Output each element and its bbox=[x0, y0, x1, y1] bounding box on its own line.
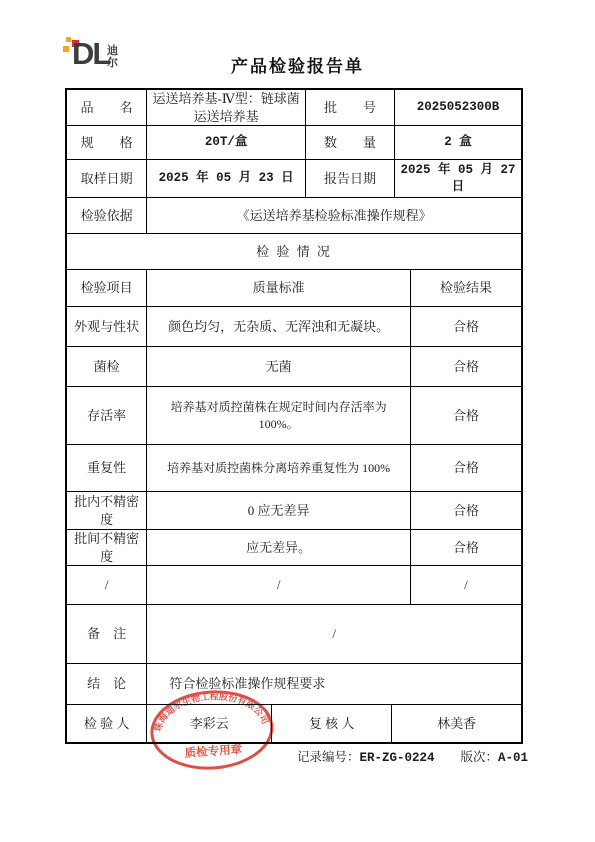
table-row-section-title: 检 验 情 况 bbox=[67, 234, 521, 270]
page-title: 产品检验报告单 bbox=[0, 52, 595, 77]
batch-no-value: 2025052300B bbox=[395, 90, 521, 125]
table-row-item-intra-batch: 批内不精密度 0 应无差异 合格 bbox=[67, 492, 521, 530]
item-result: 合格 bbox=[411, 307, 521, 346]
item-name: 菌检 bbox=[67, 347, 147, 386]
item-result: / bbox=[411, 566, 521, 604]
sampling-date-value: 2025 年 05 月 23 日 bbox=[147, 160, 306, 197]
conclusion-label: 结 论 bbox=[67, 664, 147, 704]
table-row-item-inter-batch: 批间不精密度 应无差异。 合格 bbox=[67, 530, 521, 566]
logo-yellow-square-icon bbox=[66, 37, 71, 42]
reviewer-name: 林美香 bbox=[392, 705, 521, 742]
report-date-label: 报告日期 bbox=[306, 160, 395, 197]
remark-value: / bbox=[147, 605, 521, 663]
col-standard-header: 质量标准 bbox=[147, 270, 411, 306]
item-standard: 应无差异。 bbox=[147, 530, 411, 565]
seal-caption-text: 质检专用章 bbox=[184, 742, 243, 760]
item-result: 合格 bbox=[411, 347, 521, 386]
table-row-item-blank: / / / bbox=[67, 566, 521, 605]
item-name: / bbox=[67, 566, 147, 604]
col-result-header: 检验结果 bbox=[411, 270, 521, 306]
quantity-value: 2 盒 bbox=[395, 126, 521, 159]
inspector-name: 李彩云 bbox=[147, 705, 272, 742]
item-name: 批间不精密度 bbox=[67, 530, 147, 565]
item-standard: 颜色均匀，无杂质、无浑浊和无凝块。 bbox=[147, 307, 411, 346]
report-date-value: 2025 年 05 月 27 日 bbox=[395, 160, 521, 197]
item-standard: 0 应无差异 bbox=[147, 492, 411, 529]
table-row-basis: 检验依据 《运送培养基检验标准操作规程》 bbox=[67, 198, 521, 234]
table-row-signatures: 检 验 人 李彩云 复 核 人 林美香 bbox=[67, 705, 521, 742]
batch-no-label: 批 号 bbox=[306, 90, 395, 125]
basis-value: 《运送培养基检验标准操作规程》 bbox=[147, 198, 521, 233]
conclusion-value: 符合检验标准操作规程要求 bbox=[147, 664, 521, 704]
basis-label: 检验依据 bbox=[67, 198, 147, 233]
table-row-item-repeatability: 重复性 培养基对质控菌株分离培养重复性为 100% 合格 bbox=[67, 445, 521, 492]
table-row-conclusion: 结 论 符合检验标准操作规程要求 bbox=[67, 664, 521, 705]
item-result: 合格 bbox=[411, 445, 521, 491]
section-title: 检 验 情 况 bbox=[67, 234, 521, 269]
inspector-label: 检 验 人 bbox=[67, 705, 147, 742]
record-number-value: ER-ZG-0224 bbox=[360, 751, 435, 765]
record-number-label: 记录编号： bbox=[297, 750, 360, 764]
item-name: 存活率 bbox=[67, 387, 147, 444]
item-name: 重复性 bbox=[67, 445, 147, 491]
table-row-remark: 备 注 / bbox=[67, 605, 521, 664]
item-result: 合格 bbox=[411, 530, 521, 565]
spec-value: 20T/盒 bbox=[147, 126, 306, 159]
table-row-dates: 取样日期 2025 年 05 月 23 日 报告日期 2025 年 05 月 2… bbox=[67, 160, 521, 198]
version-value: A-01 bbox=[498, 751, 528, 765]
col-item-header: 检验项目 bbox=[67, 270, 147, 306]
reviewer-label: 复 核 人 bbox=[272, 705, 392, 742]
item-standard: / bbox=[147, 566, 411, 604]
item-standard: 培养基对质控菌株在规定时间内存活率为 100%。 bbox=[147, 387, 411, 444]
version-label: 版次： bbox=[461, 750, 499, 764]
table-row-spec: 规 格 20T/盒 数 量 2 盒 bbox=[67, 126, 521, 160]
table-row-columns-header: 检验项目 质量标准 检验结果 bbox=[67, 270, 521, 307]
table-row-item-appearance: 外观与性状 颜色均匀，无杂质、无浑浊和无凝块。 合格 bbox=[67, 307, 521, 347]
table-row-item-sterility: 菌检 无菌 合格 bbox=[67, 347, 521, 387]
item-result: 合格 bbox=[411, 492, 521, 529]
report-table: 品 名 运送培养基-Ⅳ型：链球菌运送培养基 批 号 2025052300B 规 … bbox=[65, 88, 523, 744]
item-result: 合格 bbox=[411, 387, 521, 444]
item-name: 批内不精密度 bbox=[67, 492, 147, 529]
remark-label: 备 注 bbox=[67, 605, 147, 663]
table-row-product: 品 名 运送培养基-Ⅳ型：链球菌运送培养基 批 号 2025052300B bbox=[67, 90, 521, 126]
quantity-label: 数 量 bbox=[306, 126, 395, 159]
item-standard: 培养基对质控菌株分离培养重复性为 100% bbox=[147, 445, 411, 491]
product-name-value: 运送培养基-Ⅳ型：链球菌运送培养基 bbox=[147, 90, 306, 125]
footer: 记录编号：ER-ZG-0224版次：A-01 bbox=[297, 747, 528, 765]
table-row-item-survival: 存活率 培养基对质控菌株在规定时间内存活率为 100%。 合格 bbox=[67, 387, 521, 445]
sampling-date-label: 取样日期 bbox=[67, 160, 147, 197]
report-page: DL 迪 尔 产品检验报告单 品 名 运送培养基-Ⅳ型：链球菌运送培养基 批 号… bbox=[0, 0, 595, 842]
product-name-label: 品 名 bbox=[67, 90, 147, 125]
item-standard: 无菌 bbox=[147, 347, 411, 386]
item-name: 外观与性状 bbox=[67, 307, 147, 346]
spec-label: 规 格 bbox=[67, 126, 147, 159]
